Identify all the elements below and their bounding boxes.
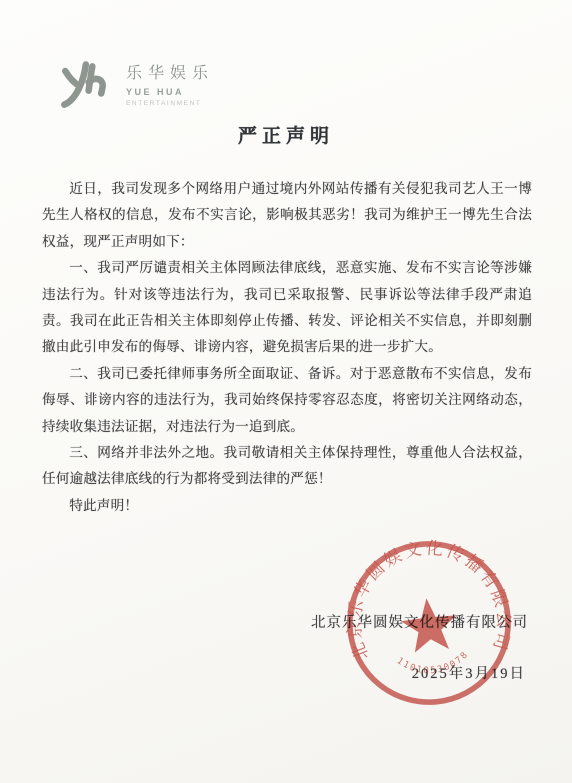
paragraph-item-2: 二、我司已委托律师事务所全面取证、备诉。对于恶意散布不实信息，发布侮辱、诽谤内容… [42, 361, 532, 440]
paragraph-intro: 近日，我司发现多个网络用户通过境内外网站传播有关侵犯我司艺人王一博先生人格权的信… [42, 176, 532, 255]
paragraph-item-3: 三、网络并非法外之地。我司敬请相关主体保持理性，尊重他人合法权益，任何逾越法律底… [42, 440, 532, 493]
logo-text: 乐华娱乐 YUE HUA ENTERTAINMENT [126, 64, 214, 107]
yuehua-yh-logo-icon [55, 58, 111, 114]
statement-body: 近日，我司发现多个网络用户通过境内外网站传播有关侵犯我司艺人王一博先生人格权的信… [42, 176, 532, 519]
statement-document: 乐华娱乐 YUE HUA ENTERTAINMENT 严正声明 近日，我司发现多… [0, 0, 572, 783]
signature-date: 2025年3月19日 [412, 662, 526, 683]
signature-company-name: 北京乐华圆娱文化传播有限公司 [311, 611, 528, 632]
statement-title: 严正声明 [0, 121, 572, 148]
logo-name-cn: 乐华娱乐 [126, 64, 214, 84]
company-logo: 乐华娱乐 YUE HUA ENTERTAINMENT [55, 58, 214, 114]
paragraph-item-1: 一、我司严厉谴责相关主体罔顾法律底线，恶意实施、发布不实言论等涉嫌违法行为。针对… [42, 255, 532, 361]
logo-name-en: YUE HUA [126, 87, 214, 98]
logo-name-en-sub: ENTERTAINMENT [126, 100, 214, 108]
svg-text:北京乐华圆娱文化传播有限公司: 北京乐华圆娱文化传播有限公司 [337, 530, 517, 671]
seal-ring-text: 北京乐华圆娱文化传播有限公司 [337, 530, 517, 671]
closing-line: 特此声明！ [42, 493, 532, 519]
